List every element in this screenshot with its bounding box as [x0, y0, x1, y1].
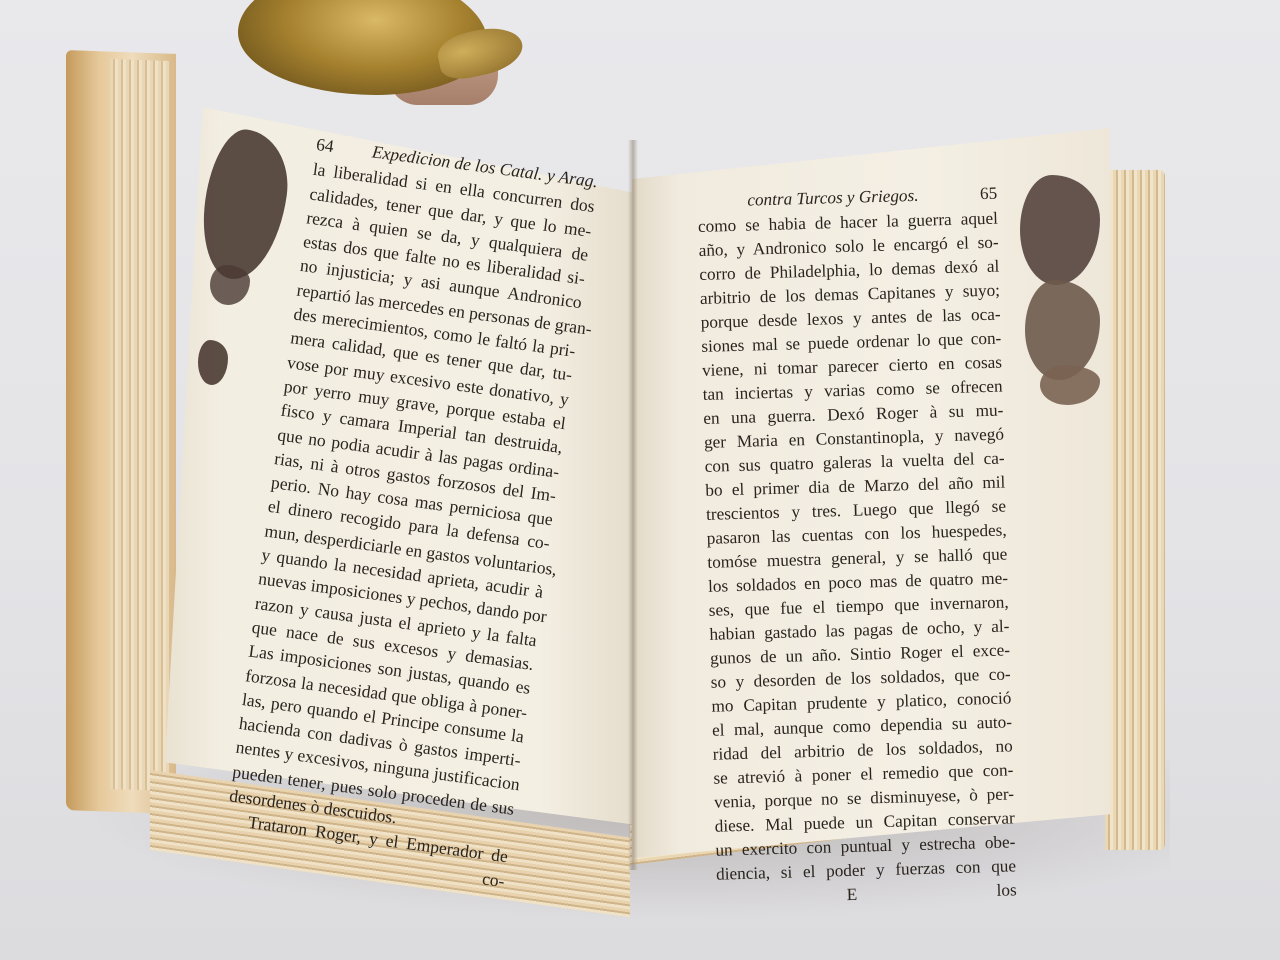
right-page-text: contra Turcos y Griegos. 65 como se habi…	[697, 182, 1017, 911]
right-page-block-edge	[1105, 170, 1165, 850]
right-page-number: 65	[980, 182, 998, 206]
left-page-number: 64	[315, 132, 336, 158]
photo-scene: 64 Expedicion de los Catal. y Arag. la l…	[0, 0, 1280, 960]
bronze-cherub-figurine	[198, 0, 528, 120]
left-page-block-edge	[110, 59, 170, 791]
signature-mark: E	[716, 883, 857, 911]
book-gutter	[628, 140, 638, 870]
right-catchword: los	[996, 878, 1017, 903]
